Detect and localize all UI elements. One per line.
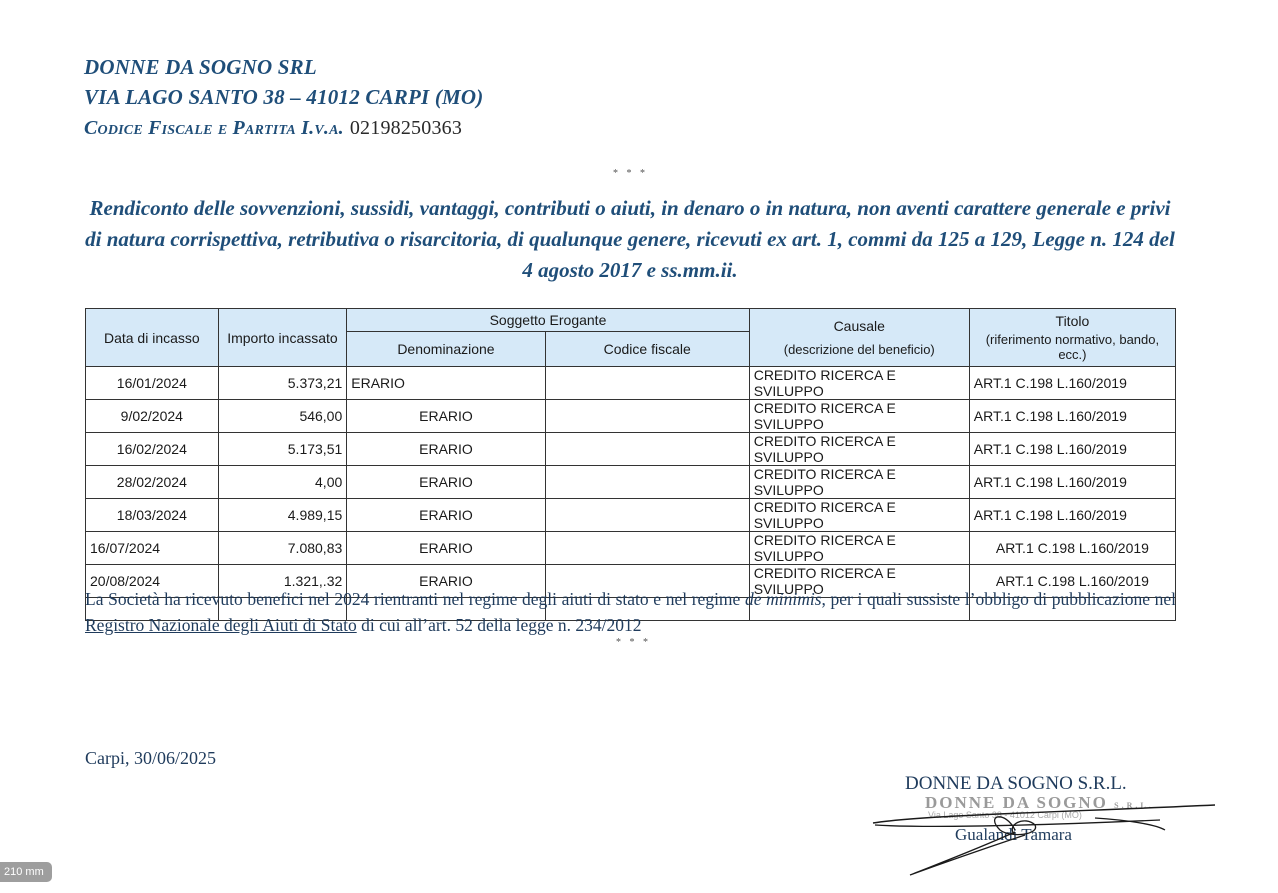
col-header-grantor: Soggetto Erogante: [347, 309, 749, 332]
table-cell-title: ART.1 C.198 L.160/2019: [969, 433, 1175, 466]
table-row: 18/03/20244.989,15ERARIOCREDITO RICERCA …: [86, 499, 1176, 532]
table-cell-name: ERARIO: [347, 499, 545, 532]
table-cell-name: ERARIO: [347, 433, 545, 466]
table-cell-title: ART.1 C.198 L.160/2019: [969, 367, 1175, 400]
registry-link[interactable]: Registro Nazionale degli Aiuti di Stato: [85, 615, 357, 635]
table-cell-name: ERARIO: [347, 400, 545, 433]
table-cell-amount: 4.989,15: [218, 499, 347, 532]
table-row: 16/01/20245.373,21ERARIOCREDITO RICERCA …: [86, 367, 1176, 400]
table-cell-reason: CREDITO RICERCA E SVILUPPO: [749, 532, 969, 565]
table-cell-amount: 5.373,21: [218, 367, 347, 400]
col-header-tax-code: Codice fiscale: [545, 332, 749, 367]
table-cell-title: ART.1 C.198 L.160/2019: [969, 532, 1175, 565]
col-header-amount: Importo incassato: [218, 309, 347, 367]
table-cell-amount: 546,00: [218, 400, 347, 433]
table-cell-title: ART.1 C.198 L.160/2019: [969, 499, 1175, 532]
table-cell-reason: CREDITO RICERCA E SVILUPPO: [749, 499, 969, 532]
table-cell-date: 16/01/2024: [86, 367, 219, 400]
table-cell-tax-code: [545, 367, 749, 400]
title-header-label: Titolo: [974, 313, 1171, 329]
paragraph-text: di cui all’art. 52 della legge n. 234/20…: [357, 615, 642, 635]
table-cell-date: 28/02/2024: [86, 466, 219, 499]
tax-id-label: Codice Fiscale e Partita I.v.a.: [84, 117, 344, 139]
tax-id-value: 02198250363: [350, 117, 462, 139]
table-cell-amount: 5.173,51: [218, 433, 347, 466]
table-cell-reason: CREDITO RICERCA E SVILUPPO: [749, 367, 969, 400]
reason-header-label: Causale: [754, 318, 965, 334]
col-header-title: Titolo (riferimento normativo, bando, ec…: [969, 309, 1175, 367]
paragraph-text: La Società ha ricevuto benefici nel 2024…: [85, 589, 745, 609]
paragraph-text: , per i quali sussiste l’obbligo di pubb…: [822, 589, 1176, 609]
handwritten-signature: [865, 790, 1225, 890]
tax-id-line: Codice Fiscale e Partita I.v.a.021982503…: [84, 117, 462, 140]
col-header-name: Denominazione: [347, 332, 545, 367]
document-title: Rendiconto delle sovvenzioni, sussidi, v…: [84, 193, 1176, 286]
col-header-date: Data di incasso: [86, 309, 219, 367]
company-name: DONNE DA SOGNO SRL: [84, 55, 317, 80]
table-cell-amount: 7.080,83: [218, 532, 347, 565]
table-cell-tax-code: [545, 433, 749, 466]
table-row: 28/02/20244,00ERARIOCREDITO RICERCA E SV…: [86, 466, 1176, 499]
table-cell-amount: 4,00: [218, 466, 347, 499]
table-cell-tax-code: [545, 532, 749, 565]
table-row: 16/07/20247.080,83ERARIOCREDITO RICERCA …: [86, 532, 1176, 565]
de-minimis-text: de minimis: [745, 589, 822, 609]
table-cell-name: ERARIO: [347, 466, 545, 499]
table-cell-date: 16/07/2024: [86, 532, 219, 565]
table-cell-tax-code: [545, 499, 749, 532]
col-header-reason: Causale (descrizione del beneficio): [749, 309, 969, 367]
table-cell-name: ERARIO: [347, 367, 545, 400]
state-aid-paragraph: La Società ha ricevuto benefici nel 2024…: [85, 586, 1176, 638]
reason-header-sub: (descrizione del beneficio): [754, 342, 965, 357]
table-cell-tax-code: [545, 466, 749, 499]
table-cell-reason: CREDITO RICERCA E SVILUPPO: [749, 433, 969, 466]
table-row: 9/02/2024546,00ERARIOCREDITO RICERCA E S…: [86, 400, 1176, 433]
separator-top: * * *: [613, 168, 648, 179]
table-row: 16/02/20245.173,51ERARIOCREDITO RICERCA …: [86, 433, 1176, 466]
table-cell-date: 16/02/2024: [86, 433, 219, 466]
table-cell-tax-code: [545, 400, 749, 433]
grants-table: Data di incasso Importo incassato Sogget…: [85, 308, 1176, 621]
table-cell-date: 18/03/2024: [86, 499, 219, 532]
company-address: VIA LAGO SANTO 38 – 41012 CARPI (MO): [84, 85, 483, 110]
ruler-measure-badge: 210 mm: [0, 862, 52, 882]
table-cell-title: ART.1 C.198 L.160/2019: [969, 466, 1175, 499]
place-date: Carpi, 30/06/2025: [85, 748, 216, 769]
table-cell-date: 9/02/2024: [86, 400, 219, 433]
table-cell-reason: CREDITO RICERCA E SVILUPPO: [749, 466, 969, 499]
table-cell-name: ERARIO: [347, 532, 545, 565]
table-cell-title: ART.1 C.198 L.160/2019: [969, 400, 1175, 433]
table-cell-reason: CREDITO RICERCA E SVILUPPO: [749, 400, 969, 433]
separator-bottom: * * *: [616, 637, 651, 648]
title-header-sub: (riferimento normativo, bando, ecc.): [974, 332, 1171, 362]
